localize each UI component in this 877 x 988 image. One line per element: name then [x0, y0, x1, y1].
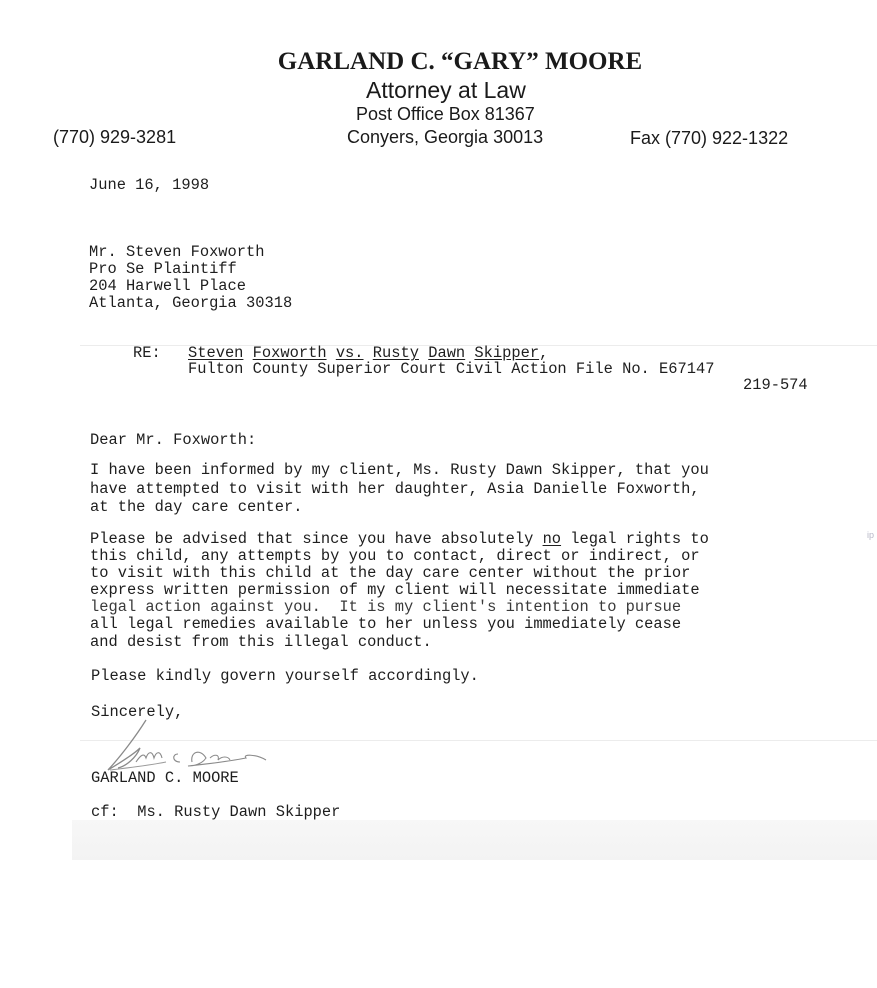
cc-label: cf:	[91, 803, 119, 821]
paragraph-line: this child, any attempts by you to conta…	[90, 548, 700, 565]
scan-shadow	[72, 820, 877, 860]
paragraph-3: Please kindly govern yourself accordingl…	[91, 668, 479, 685]
paragraph-line: I have been informed by my client, Ms. R…	[90, 462, 709, 479]
paragraph-line: all legal remedies available to her unle…	[90, 616, 681, 633]
cc-name: Ms. Rusty Dawn Skipper	[137, 803, 340, 821]
file-number-continued: 219-574	[743, 377, 808, 394]
letterhead-po-box: Post Office Box 81367	[356, 104, 535, 125]
text-run: legal rights to	[561, 530, 709, 548]
letterhead-fax: Fax (770) 922-1322	[630, 128, 788, 149]
emphasis-no: no	[543, 530, 561, 548]
re-label: RE:	[133, 345, 161, 362]
letterhead-city: Conyers, Georgia 30013	[347, 127, 543, 148]
recipient-street: 204 Harwell Place	[89, 278, 246, 295]
court-line: Fulton County Superior Court Civil Actio…	[188, 361, 714, 378]
paragraph-line: at the day care center.	[90, 499, 302, 516]
paragraph-line: have attempted to visit with her daughte…	[90, 481, 700, 498]
letter-date: June 16, 1998	[89, 177, 209, 194]
paragraph-line: Please be advised that since you have ab…	[90, 531, 709, 548]
letter-page: GARLAND C. “GARY” MOORE Attorney at Law …	[0, 0, 877, 860]
letterhead-title: Attorney at Law	[366, 77, 526, 104]
letterhead-phone: (770) 929-3281	[53, 127, 176, 148]
paragraph-line: to visit with this child at the day care…	[90, 565, 690, 582]
cc-line: cf: Ms. Rusty Dawn Skipper	[91, 804, 340, 821]
paragraph-line: legal action against you. It is my clien…	[90, 599, 681, 616]
margin-mark: ip	[867, 530, 874, 540]
salutation: Dear Mr. Foxworth:	[90, 432, 256, 449]
recipient-city: Atlanta, Georgia 30318	[89, 295, 292, 312]
letterhead-name: GARLAND C. “GARY” MOORE	[0, 48, 877, 76]
paragraph-line: and desist from this illegal conduct.	[90, 634, 432, 651]
text-run: Please be advised that since you have ab…	[90, 530, 543, 548]
recipient-name: Mr. Steven Foxworth	[89, 244, 264, 261]
signature-name: GARLAND C. MOORE	[91, 770, 239, 787]
recipient-role: Pro Se Plaintiff	[89, 261, 237, 278]
paragraph-line: express written permission of my client …	[90, 582, 700, 599]
